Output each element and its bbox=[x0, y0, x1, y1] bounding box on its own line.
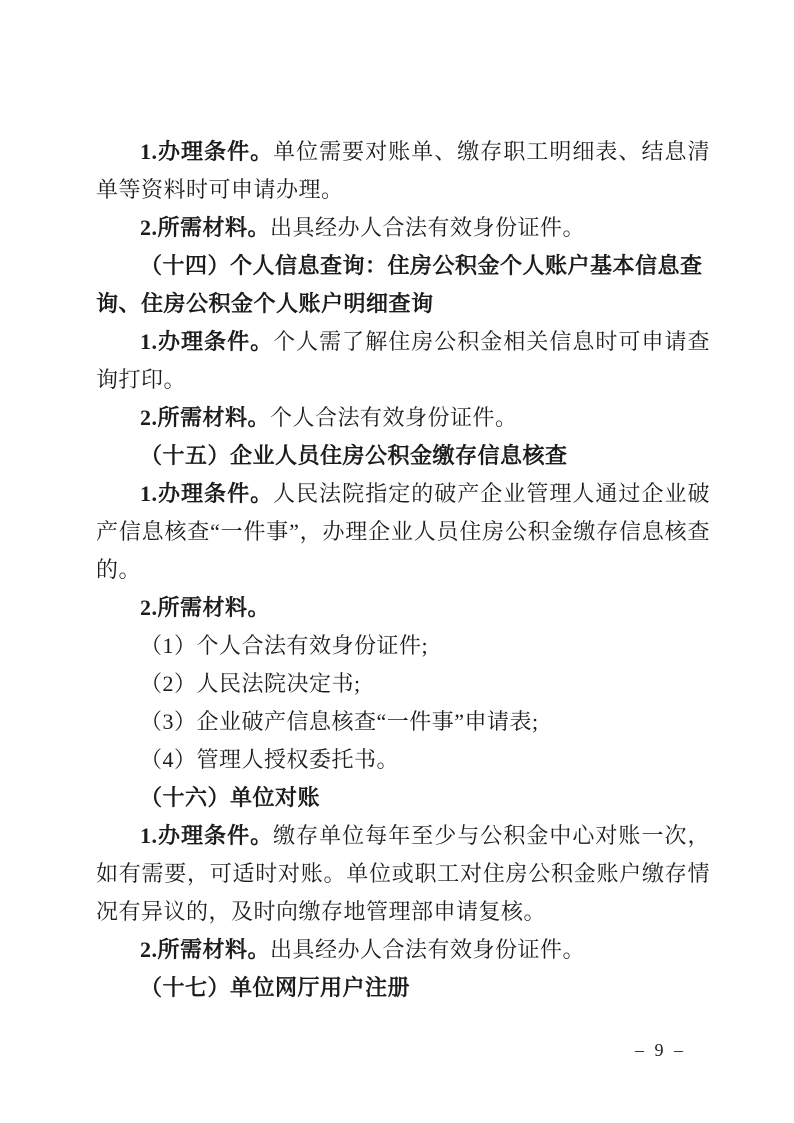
paragraph-label: 2.所需材料。 bbox=[140, 595, 270, 620]
paragraph-label: 1.办理条件。 bbox=[140, 481, 273, 506]
paragraph-text: （1）个人合法有效身份证件; bbox=[140, 633, 428, 658]
paragraph-text: （3）企业破产信息核查“一件事”申请表; bbox=[140, 709, 539, 734]
document-body: 1.办理条件。单位需要对账单、缴存职工明细表、结息清单等资料时可申请办理。 2.… bbox=[96, 133, 710, 1007]
paragraph-label: 2.所需材料。 bbox=[140, 405, 270, 430]
paragraph-text: 出具经办人合法有效身份证件。 bbox=[270, 215, 585, 240]
list-item: （2）人民法院决定书; bbox=[96, 665, 710, 703]
section-heading: （十四）个人信息查询：住房公积金个人账户基本信息查询、住房公积金个人账户明细查询 bbox=[96, 247, 710, 323]
list-item: （3）企业破产信息核查“一件事”申请表; bbox=[96, 703, 710, 741]
paragraph-label: 2.所需材料。 bbox=[140, 215, 270, 240]
page-number: – 9 – bbox=[635, 1040, 686, 1061]
paragraph-label: 1.办理条件。 bbox=[140, 139, 273, 164]
paragraph: 1.办理条件。缴存单位每年至少与公积金中心对账一次，如有需要，可适时对账。单位或… bbox=[96, 817, 710, 931]
section-heading: （十六）单位对账 bbox=[96, 779, 710, 817]
paragraph-label: 2.所需材料。 bbox=[140, 937, 270, 962]
paragraph: 2.所需材料。 bbox=[96, 589, 710, 627]
paragraph-label: 1.办理条件。 bbox=[140, 329, 273, 354]
paragraph-text: （2）人民法院决定书; bbox=[140, 671, 361, 696]
section-heading: （十五）企业人员住房公积金缴存信息核查 bbox=[96, 437, 710, 475]
paragraph-label: 1.办理条件。 bbox=[140, 823, 273, 848]
list-item: （1）个人合法有效身份证件; bbox=[96, 627, 710, 665]
paragraph: 2.所需材料。个人合法有效身份证件。 bbox=[96, 399, 710, 437]
section-heading: （十七）单位网厅用户注册 bbox=[96, 969, 710, 1007]
paragraph-text: 个人合法有效身份证件。 bbox=[270, 405, 518, 430]
paragraph: 2.所需材料。出具经办人合法有效身份证件。 bbox=[96, 931, 710, 969]
document-page: 1.办理条件。单位需要对账单、缴存职工明细表、结息清单等资料时可申请办理。 2.… bbox=[0, 0, 794, 1123]
paragraph: 1.办理条件。人民法院指定的破产企业管理人通过企业破产信息核查“一件事”，办理企… bbox=[96, 475, 710, 589]
paragraph-text: （4）管理人授权委托书。 bbox=[140, 747, 399, 772]
paragraph: 1.办理条件。个人需了解住房公积金相关信息时可申请查询打印。 bbox=[96, 323, 710, 399]
paragraph-text: 出具经办人合法有效身份证件。 bbox=[270, 937, 585, 962]
list-item: （4）管理人授权委托书。 bbox=[96, 741, 710, 779]
paragraph: 2.所需材料。出具经办人合法有效身份证件。 bbox=[96, 209, 710, 247]
paragraph: 1.办理条件。单位需要对账单、缴存职工明细表、结息清单等资料时可申请办理。 bbox=[96, 133, 710, 209]
